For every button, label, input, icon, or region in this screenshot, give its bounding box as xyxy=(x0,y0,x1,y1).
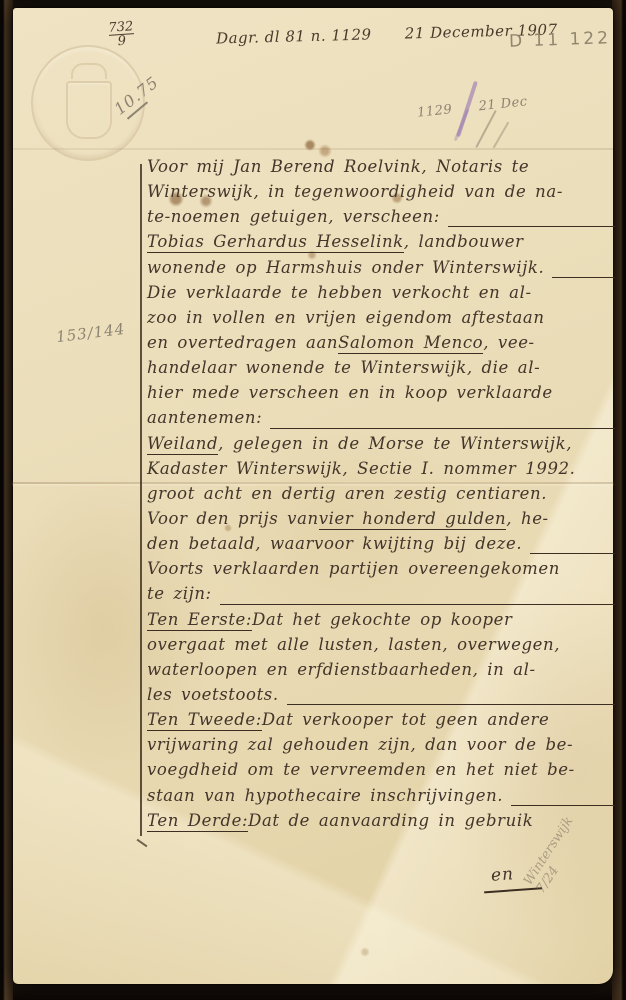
line-filler-rule xyxy=(530,553,615,554)
folio-numerator: 732 xyxy=(108,20,134,35)
manuscript-page: 732 9 Dagr. dl 81 n. 1129 21 December 19… xyxy=(13,8,613,984)
manuscript-lines: Voor mij Jan Berend Roelvink, Notaris te… xyxy=(147,157,617,836)
margin-rule-line xyxy=(140,164,142,836)
manuscript-line: Ten Tweede: Dat verkooper tot geen ander… xyxy=(147,710,617,735)
underlined-phrase: Ten Derde: xyxy=(147,811,248,832)
manuscript-line: les voetstoots. xyxy=(147,685,617,710)
text-segment: Voor den prijs van xyxy=(147,509,319,528)
text-segment: Dat de aanvaarding in gebruik xyxy=(248,811,533,830)
text-segment: Voorts verklaarden partijen overeengekom… xyxy=(147,559,560,578)
underlined-phrase: Salomon Menco xyxy=(338,333,483,354)
manuscript-line: Ten Derde: Dat de aanvaarding in gebruik xyxy=(147,811,617,836)
line-filler-rule xyxy=(270,428,615,429)
text-segment: zoo in vollen en vrijen eigendom aftesta… xyxy=(147,308,545,327)
manuscript-line: Weiland, gelegen in de Morse te Wintersw… xyxy=(147,434,617,459)
registration-text: Dagr. dl 81 n. 1129 xyxy=(216,25,372,47)
text-segment: handelaar wonende te Winterswijk, die al… xyxy=(147,358,540,377)
manuscript-line: staan van hypothecaire inschrijvingen. xyxy=(147,786,617,811)
manuscript-line: waterloopen en erfdienstbaarheden, in al… xyxy=(147,660,617,685)
line-filler-rule xyxy=(552,277,615,278)
repeat-date: 21 Dec xyxy=(478,94,528,114)
text-segment: les voetstoots. xyxy=(147,685,279,704)
manuscript-line: Ten Eerste: Dat het gekochte op kooper xyxy=(147,610,617,635)
manuscript-line: aantenemen: xyxy=(147,408,617,433)
text-segment: te-noemen getuigen, verscheen: xyxy=(147,207,440,226)
manuscript-line: te-noemen getuigen, verscheen: xyxy=(147,207,617,232)
folio-number: 732 9 xyxy=(108,20,135,49)
text-segment: Dat verkooper tot geen andere xyxy=(262,710,550,729)
manuscript-line: zoo in vollen en vrijen eigendom aftesta… xyxy=(147,308,617,333)
manuscript-line: den betaald, waarvoor kwijting bij deze. xyxy=(147,534,617,559)
text-segment: wonende op Harmshuis onder Winterswijk. xyxy=(147,258,544,277)
text-segment: Voor mij Jan Berend Roelvink, Notaris te xyxy=(147,157,529,176)
catchword: en xyxy=(490,864,514,886)
manuscript-line: Die verklaarde te hebben verkocht en al- xyxy=(147,283,617,308)
seal-crown-icon xyxy=(71,63,107,79)
text-segment: hier mede verscheen en in koop verklaard… xyxy=(147,383,553,402)
line-filler-rule xyxy=(220,604,615,605)
text-segment: voegdheid om te vervreemden en het niet … xyxy=(147,760,575,779)
repeat-number: 1129 xyxy=(417,102,453,121)
pencil-stroke xyxy=(493,122,510,149)
text-segment: , vee- xyxy=(483,333,535,352)
manuscript-line: Voor mij Jan Berend Roelvink, Notaris te xyxy=(147,157,617,182)
text-segment: te zijn: xyxy=(147,584,212,603)
manuscript-line: handelaar wonende te Winterswijk, die al… xyxy=(147,358,617,383)
line-filler-rule xyxy=(287,704,615,705)
underlined-phrase: vier honderd gulden xyxy=(319,509,507,530)
photo-border-left xyxy=(0,0,13,1000)
manuscript-line: Kadaster Winterswijk, Sectie I. nommer 1… xyxy=(147,459,617,484)
text-segment: , he- xyxy=(506,509,548,528)
text-segment: aantenemen: xyxy=(147,408,262,427)
manuscript-line: Voorts verklaarden partijen overeengekom… xyxy=(147,559,617,584)
pencil-stroke xyxy=(475,110,496,148)
text-segment: Kadaster Winterswijk, Sectie I. nommer 1… xyxy=(147,459,576,478)
manuscript-line: voegdheid om te vervreemden en het niet … xyxy=(147,760,617,785)
text-segment: staan van hypothecaire inschrijvingen. xyxy=(147,786,503,805)
manuscript-line: te zijn: xyxy=(147,584,617,609)
text-segment: vrijwaring zal gehouden zijn, dan voor d… xyxy=(147,735,573,754)
text-segment: , gelegen in de Morse te Winterswijk, xyxy=(218,434,572,453)
text-segment: en overtedragen aan xyxy=(147,333,338,352)
text-segment: overgaat met alle lusten, lasten, overwe… xyxy=(147,635,560,654)
manuscript-line: Voor den prijs van vier honderd gulden, … xyxy=(147,509,617,534)
text-segment: Dat het gekochte op kooper xyxy=(252,610,512,629)
text-segment: , landbouwer xyxy=(404,232,524,251)
manuscript-line: overgaat met alle lusten, lasten, overwe… xyxy=(147,635,617,660)
manuscript-line: groot acht en dertig aren zestig centiar… xyxy=(147,484,617,509)
text-segment: groot acht en dertig aren zestig centiar… xyxy=(147,484,547,503)
underlined-phrase: Ten Tweede: xyxy=(147,710,262,731)
manuscript-line: Winterswijk, in tegenwoordigheid van de … xyxy=(147,182,617,207)
seal-shield-icon xyxy=(66,81,112,139)
manuscript-line: hier mede verscheen en in koop verklaard… xyxy=(147,383,617,408)
registration-note: Dagr. dl 81 n. 1129 21 December 1907 xyxy=(216,21,558,48)
manuscript-line: vrijwaring zal gehouden zijn, dan voor d… xyxy=(147,735,617,760)
underlined-phrase: Weiland xyxy=(147,434,218,455)
underlined-phrase: Ten Eerste: xyxy=(147,610,252,631)
text-segment: Winterswijk, in tegenwoordigheid van de … xyxy=(147,182,563,201)
text-segment: den betaald, waarvoor kwijting bij deze. xyxy=(147,534,522,553)
text-segment: Die verklaarde te hebben verkocht en al- xyxy=(147,283,532,302)
archive-code: D 11 122 xyxy=(509,28,612,52)
manuscript-line: Tobias Gerhardus Hesselink, landbouwer xyxy=(147,232,617,257)
text-segment: waterloopen en erfdienstbaarheden, in al… xyxy=(147,660,536,679)
manuscript-line: en overtedragen aan Salomon Menco, vee- xyxy=(147,333,617,358)
underlined-phrase: Tobias Gerhardus Hesselink xyxy=(147,232,404,253)
margin-annotation-number: 153/144 xyxy=(55,320,126,346)
line-filler-rule xyxy=(448,226,615,227)
manuscript-line: wonende op Harmshuis onder Winterswijk. xyxy=(147,258,617,283)
